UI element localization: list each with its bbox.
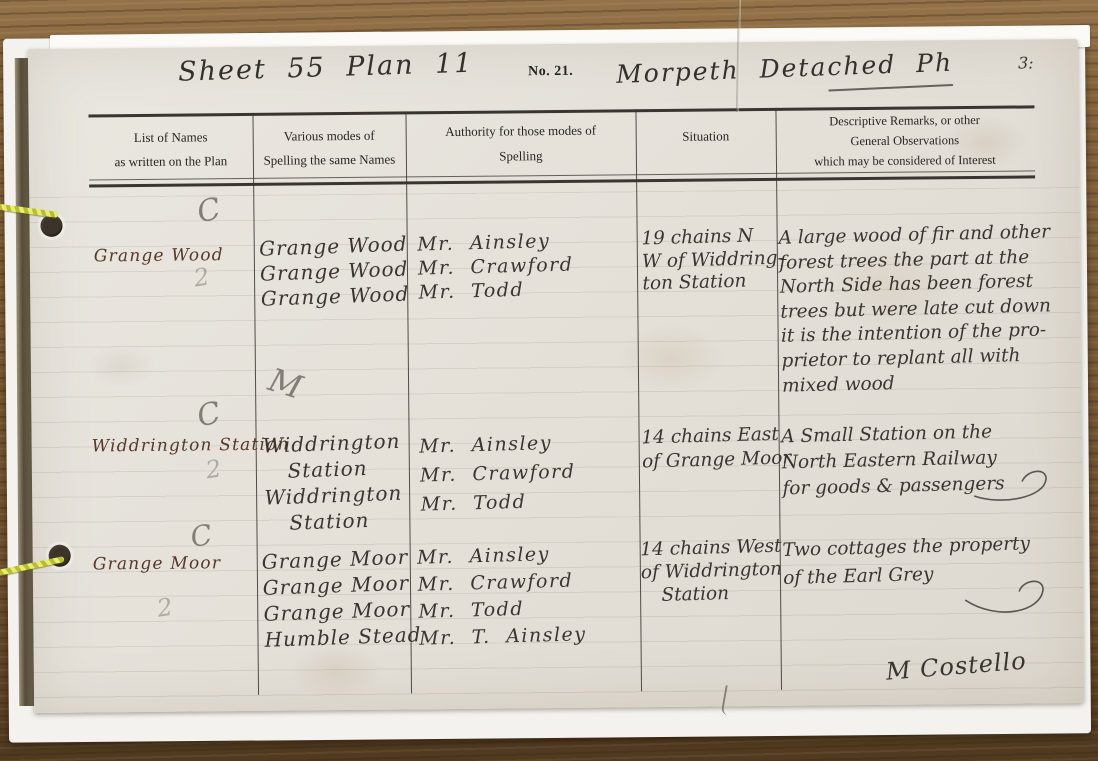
pen-flourish xyxy=(963,569,1048,618)
column-divider-1 xyxy=(252,113,259,695)
plan-name: Widdrington Station xyxy=(92,435,290,457)
paper-stain xyxy=(86,343,156,389)
column-header-spelling-modes: Various modes ofSpelling the same Names xyxy=(253,123,406,172)
situation-cell: 14 chains Eastof Grange Moor xyxy=(641,422,791,474)
check-mark-c: C xyxy=(194,191,224,230)
authorities-cell: Mr. AinsleyMr. CrawfordMr. Todd xyxy=(417,228,574,304)
authorities-cell: Mr. AinsleyMr. CrawfordMr. ToddMr. T. Ai… xyxy=(417,540,587,652)
printed-number-label: No. 21. xyxy=(528,64,573,80)
m-flourish-mark: M xyxy=(264,361,307,407)
column-header-names: List of Namesas written on the Plan xyxy=(89,125,253,175)
situation-cell: 14 chains Westof WiddringtonStation xyxy=(640,535,783,608)
binding-hole xyxy=(40,215,62,237)
remarks-cell: A large wood of fir and otherforest tree… xyxy=(778,220,1053,399)
pen-underline xyxy=(828,84,953,92)
document-page: Sheet 55 Plan 11 No. 21. Morpeth Detache… xyxy=(28,39,1084,713)
check-mark-c: C xyxy=(188,518,215,554)
squiggle-mark: 2 xyxy=(204,454,223,484)
squiggle-mark: 2 xyxy=(155,593,174,623)
check-mark-c: C xyxy=(194,395,224,434)
column-header-authority: Authority for those modes ofSpelling xyxy=(406,117,636,169)
page-number-script: 3: xyxy=(1018,53,1034,72)
column-header-remarks: Descriptive Remarks, or otherGeneral Obs… xyxy=(775,109,1034,171)
scanned-book-photo: Sheet 55 Plan 11 No. 21. Morpeth Detache… xyxy=(0,0,1098,761)
title-script: Morpeth Detached Ph xyxy=(616,48,954,89)
column-header-situation: Situation xyxy=(636,128,776,145)
situation-cell: 19 chains NW of Widdring-ton Station xyxy=(641,225,785,296)
spellings-cell: Grange WoodGrange WoodGrange Wood xyxy=(259,231,410,311)
sheet-plan-script: Sheet 55 Plan 11 xyxy=(178,48,474,88)
squiggle-mark: 2 xyxy=(192,262,211,292)
spellings-cell: Grange MoorGrange MoorGrange MoorHumble … xyxy=(261,543,422,653)
paper-stain xyxy=(615,322,726,393)
authorities-cell: Mr. AinsleyMr. CrawfordMr. Todd xyxy=(419,428,577,519)
pen-flourish xyxy=(972,457,1052,508)
examiner-signature: M Costello xyxy=(885,647,1028,686)
plan-name: Grange Moor xyxy=(93,553,222,574)
spellings-cell: WiddringtonStationWiddringtonStation xyxy=(262,428,403,537)
